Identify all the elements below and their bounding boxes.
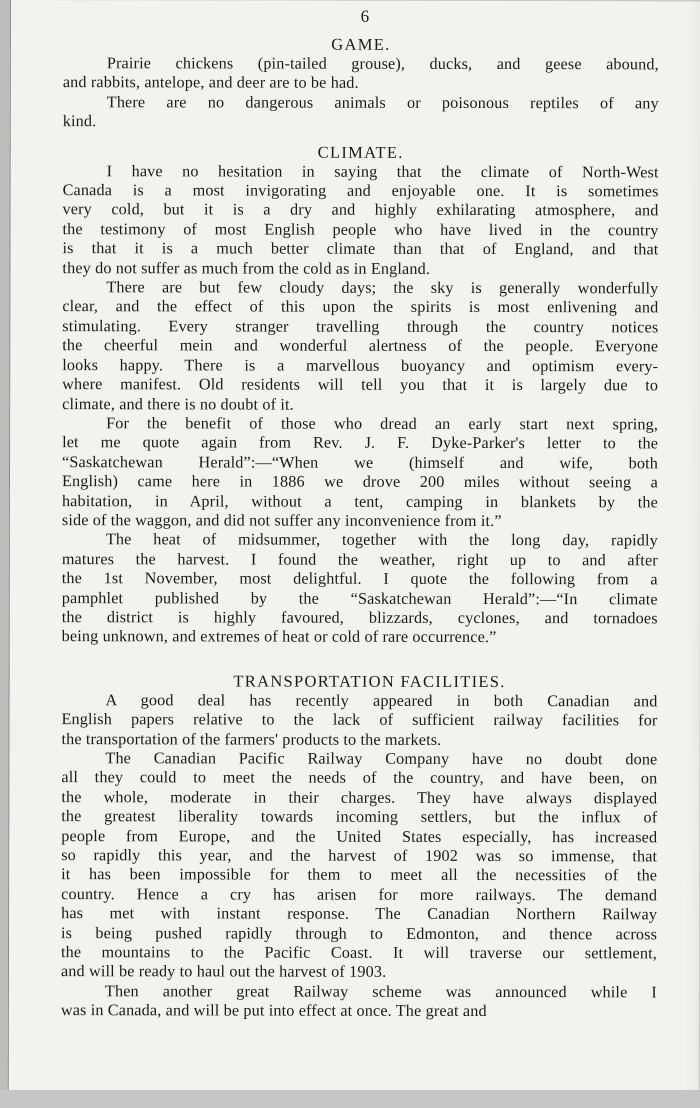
text-line: stimulating. Every stranger travelling t… <box>62 317 658 338</box>
text-line: The heat of midsummer, together with the… <box>62 530 658 551</box>
text-line: the 1st November, most delightful. I quo… <box>62 569 658 590</box>
paragraph-transport-3: Then another great Railway scheme was an… <box>61 982 657 1022</box>
text-line: “Saskatchewan Herald”:—“When we (himself… <box>62 453 658 474</box>
text-line: There are no dangerous animals or poison… <box>63 93 659 114</box>
paragraph-transport-1: A good deal has recently appeared in bot… <box>61 691 657 750</box>
text-line: clear, and the effect of this upon the s… <box>62 298 658 319</box>
paragraph-climate-2: There are but few cloudy days; the sky i… <box>62 278 658 415</box>
text-line: and will be ready to haul out the harves… <box>61 963 657 984</box>
text-line: kind. <box>63 112 659 133</box>
text-line: pamphlet published by the “Saskatchewan … <box>62 589 658 610</box>
document-page: 6 GAME. Prairie chickens (pin-tailed gro… <box>8 0 700 1091</box>
text-line: let me quote again from Rev. J. F. Dyke-… <box>62 433 658 454</box>
text-line: was in Canada, and will be put into effe… <box>61 1001 657 1022</box>
text-line: is that it is a much better climate than… <box>62 239 658 260</box>
heading-game: GAME. <box>63 34 659 55</box>
text-line: the whole, moderate in their charges. Th… <box>61 788 657 809</box>
text-line: For the benefit of those who dread an ea… <box>62 414 658 435</box>
text-line: so rapidly this year, and the harvest of… <box>61 846 657 867</box>
text-line: Then another great Railway scheme was an… <box>61 982 657 1003</box>
text-line: it has been impossible for them to meet … <box>61 866 657 887</box>
paragraph-climate-4: The heat of midsummer, together with the… <box>62 530 658 648</box>
heading-transportation: TRANSPORTATION FACILITIES. <box>62 671 658 692</box>
paragraph-game-2: There are no dangerous animals or poison… <box>63 93 659 133</box>
text-line: the testimony of most English people who… <box>62 220 658 241</box>
text-line: the transportation of the farmers' produ… <box>61 730 657 751</box>
text-line: being unknown, and extremes of heat or c… <box>62 627 658 648</box>
paragraph-climate-3: For the benefit of those who dread an ea… <box>62 414 658 532</box>
paragraph-climate-1: I have no hesitation in saying that the … <box>62 162 658 280</box>
scan-bottom-edge <box>0 1090 700 1108</box>
text-line: A good deal has recently appeared in bot… <box>62 691 658 712</box>
text-line: The Canadian Pacific Railway Company hav… <box>61 749 657 770</box>
text-line: Prairie chickens (pin-tailed grouse), du… <box>63 54 659 75</box>
text-line: habitation, in April, without a tent, ca… <box>62 492 658 513</box>
page-number: 6 <box>63 6 659 26</box>
text-line: I have no hesitation in saying that the … <box>63 162 659 183</box>
text-line: side of the waggon, and did not suffer a… <box>62 511 658 532</box>
text-line: very cold, but it is a dry and highly ex… <box>63 201 659 222</box>
text-line: English) came here in 1886 we drove 200 … <box>62 472 658 493</box>
text-line: where manifest. Old residents will tell … <box>62 375 658 396</box>
paragraph-game-1: Prairie chickens (pin-tailed grouse), du… <box>63 54 659 94</box>
text-line: Canada is a most invigorating and enjoya… <box>63 181 659 202</box>
text-line: English papers relative to the lack of s… <box>61 710 657 731</box>
text-line: the greatest liberality towards incoming… <box>61 807 657 828</box>
text-line: matures the harvest. I found the weather… <box>62 550 658 571</box>
text-line: the cheerful mein and wonderful alertnes… <box>62 336 658 357</box>
page-shadow <box>685 1 700 1091</box>
text-line: country. Hence a cry has arisen for more… <box>61 885 657 906</box>
heading-climate: CLIMATE. <box>63 142 659 163</box>
text-line: has met with instant response. The Canad… <box>61 904 657 925</box>
text-line: climate, and there is no doubt of it. <box>62 395 658 416</box>
text-line: There are but few cloudy days; the sky i… <box>62 278 658 299</box>
page-content: 6 GAME. Prairie chickens (pin-tailed gro… <box>61 6 659 1022</box>
paragraph-transport-2: The Canadian Pacific Railway Company hav… <box>61 749 657 983</box>
text-line: the mountains to the Pacific Coast. It w… <box>61 943 657 964</box>
text-line: the district is highly favoured, blizzar… <box>62 608 658 629</box>
text-line: is being pushed rapidly through to Edmon… <box>61 924 657 945</box>
text-line: looks happy. There is a marvellous buoya… <box>62 356 658 377</box>
text-line: and rabbits, antelope, and deer are to b… <box>63 74 659 95</box>
text-line: all they could to meet the needs of the … <box>61 769 657 790</box>
text-line: they do not suffer as much from the cold… <box>62 259 658 280</box>
text-line: people from Europe, and the United State… <box>61 827 657 848</box>
